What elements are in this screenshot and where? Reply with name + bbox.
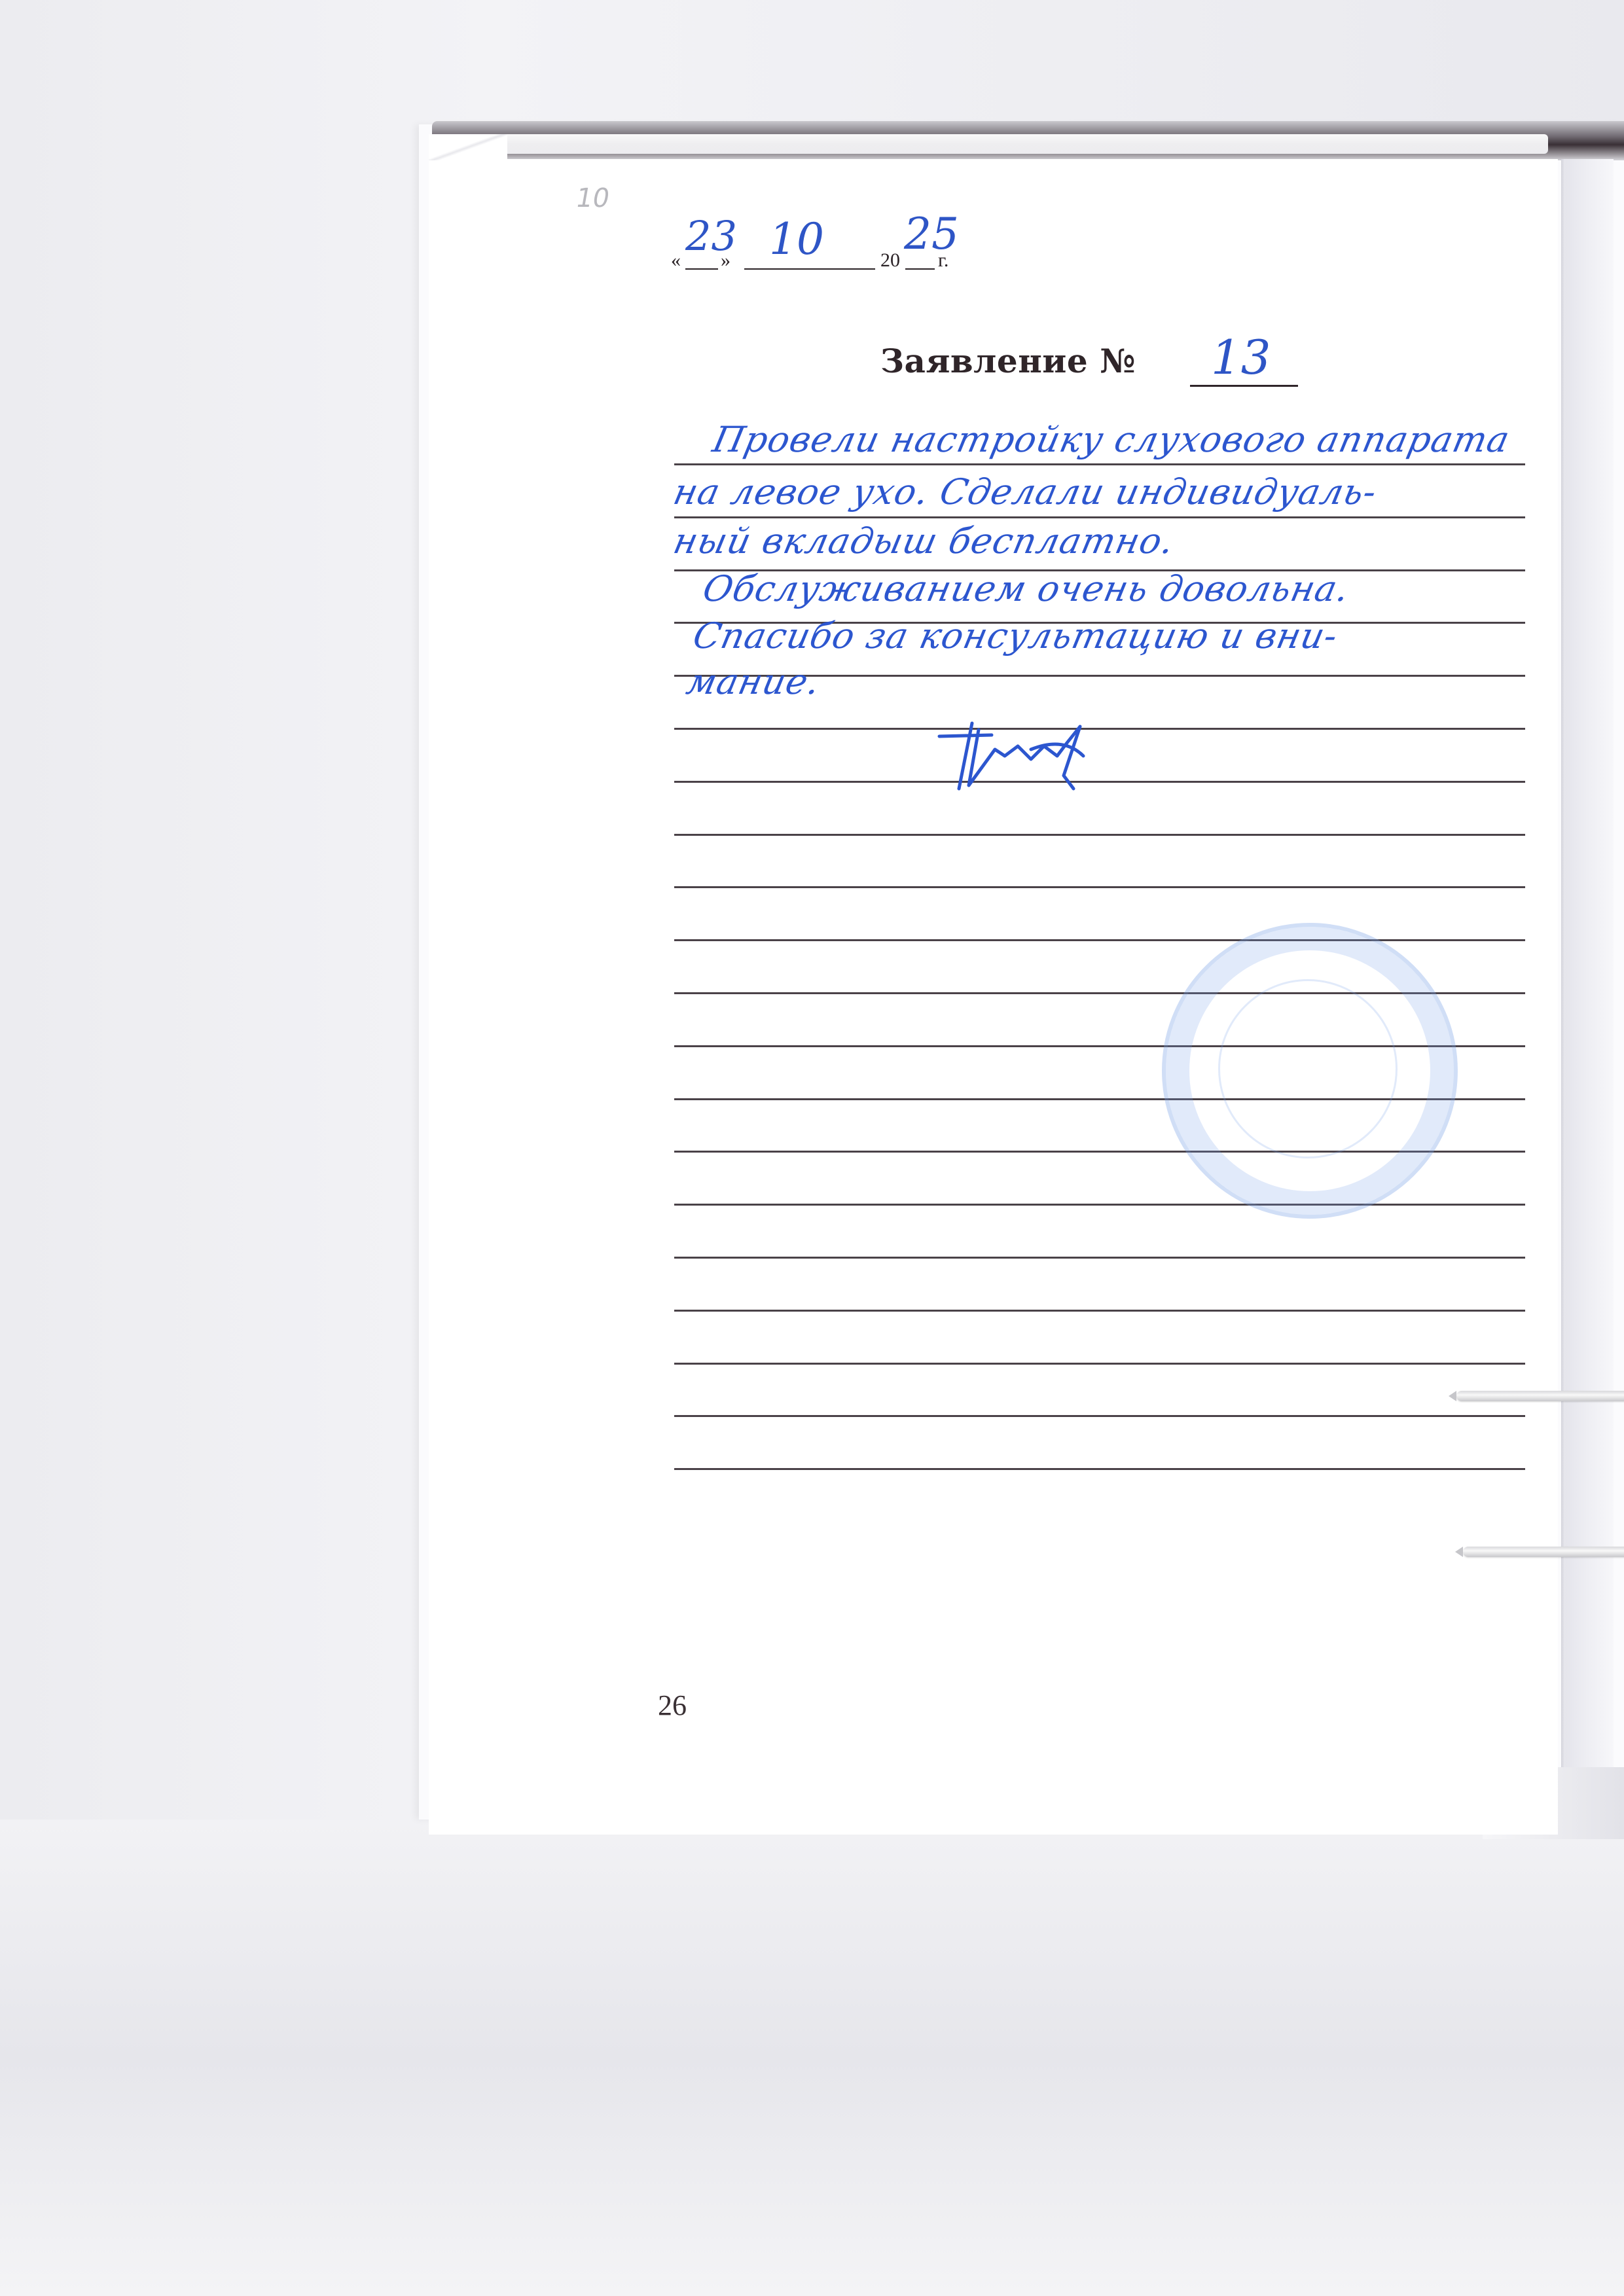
spine-shadow: [1561, 159, 1565, 1821]
application-number: 13: [1211, 334, 1271, 381]
ruled-line: [674, 834, 1525, 836]
handwritten-line-2: на левое ухо. Сделали индивидуаль-: [670, 471, 1380, 512]
ruled-line: [674, 1468, 1525, 1470]
ruled-line: [674, 1257, 1525, 1259]
date-year-suffix: 25: [904, 213, 959, 256]
binding-thread-upper: [1456, 1391, 1624, 1401]
scanner-background: [0, 1820, 1624, 2296]
ruled-line: [674, 1363, 1525, 1365]
application-number-underline: [1190, 385, 1298, 387]
ruled-line: [674, 939, 1525, 941]
stamp-inner-ring: [1218, 979, 1398, 1158]
handwritten-line-3: ный вкладыш бесплатно.: [670, 520, 1178, 562]
page-title: Заявление №: [880, 342, 1136, 380]
page-number: 26: [658, 1689, 687, 1722]
handwritten-line-4: Обслуживанием очень довольна.: [699, 568, 1353, 609]
binding-thread-lower: [1463, 1547, 1624, 1557]
book-cover-highlight: [435, 134, 1548, 154]
book-spine-edge: [1561, 159, 1614, 1821]
ruled-line: [674, 886, 1525, 888]
year-underline: [905, 268, 935, 270]
ruled-line: [674, 1415, 1525, 1417]
date-field: « 23 » 10 20 25 г.: [671, 232, 1129, 272]
year-label: г.: [938, 249, 948, 272]
handwritten-line-6: мание.: [683, 661, 824, 702]
stamp-show-through: [1162, 923, 1458, 1219]
handwritten-line-5: Спасибо за консультацию и вни-: [689, 615, 1341, 656]
signature-scribble: [933, 710, 1129, 795]
ruled-line: [674, 1204, 1525, 1206]
pencil-page-mark: 10: [573, 183, 612, 213]
page-corner: [429, 134, 507, 160]
year-prefix: 20: [880, 249, 900, 272]
open-quote: «: [671, 249, 681, 272]
ruled-line: [674, 463, 1525, 465]
ruled-line: [674, 516, 1525, 518]
ruled-line: [674, 1310, 1525, 1312]
close-quote: »: [721, 249, 731, 272]
date-month: 10: [769, 218, 824, 261]
month-underline: [744, 268, 875, 270]
day-underline: [685, 268, 718, 270]
handwritten-line-1: Провели настройку слухового аппарата: [709, 419, 1513, 460]
